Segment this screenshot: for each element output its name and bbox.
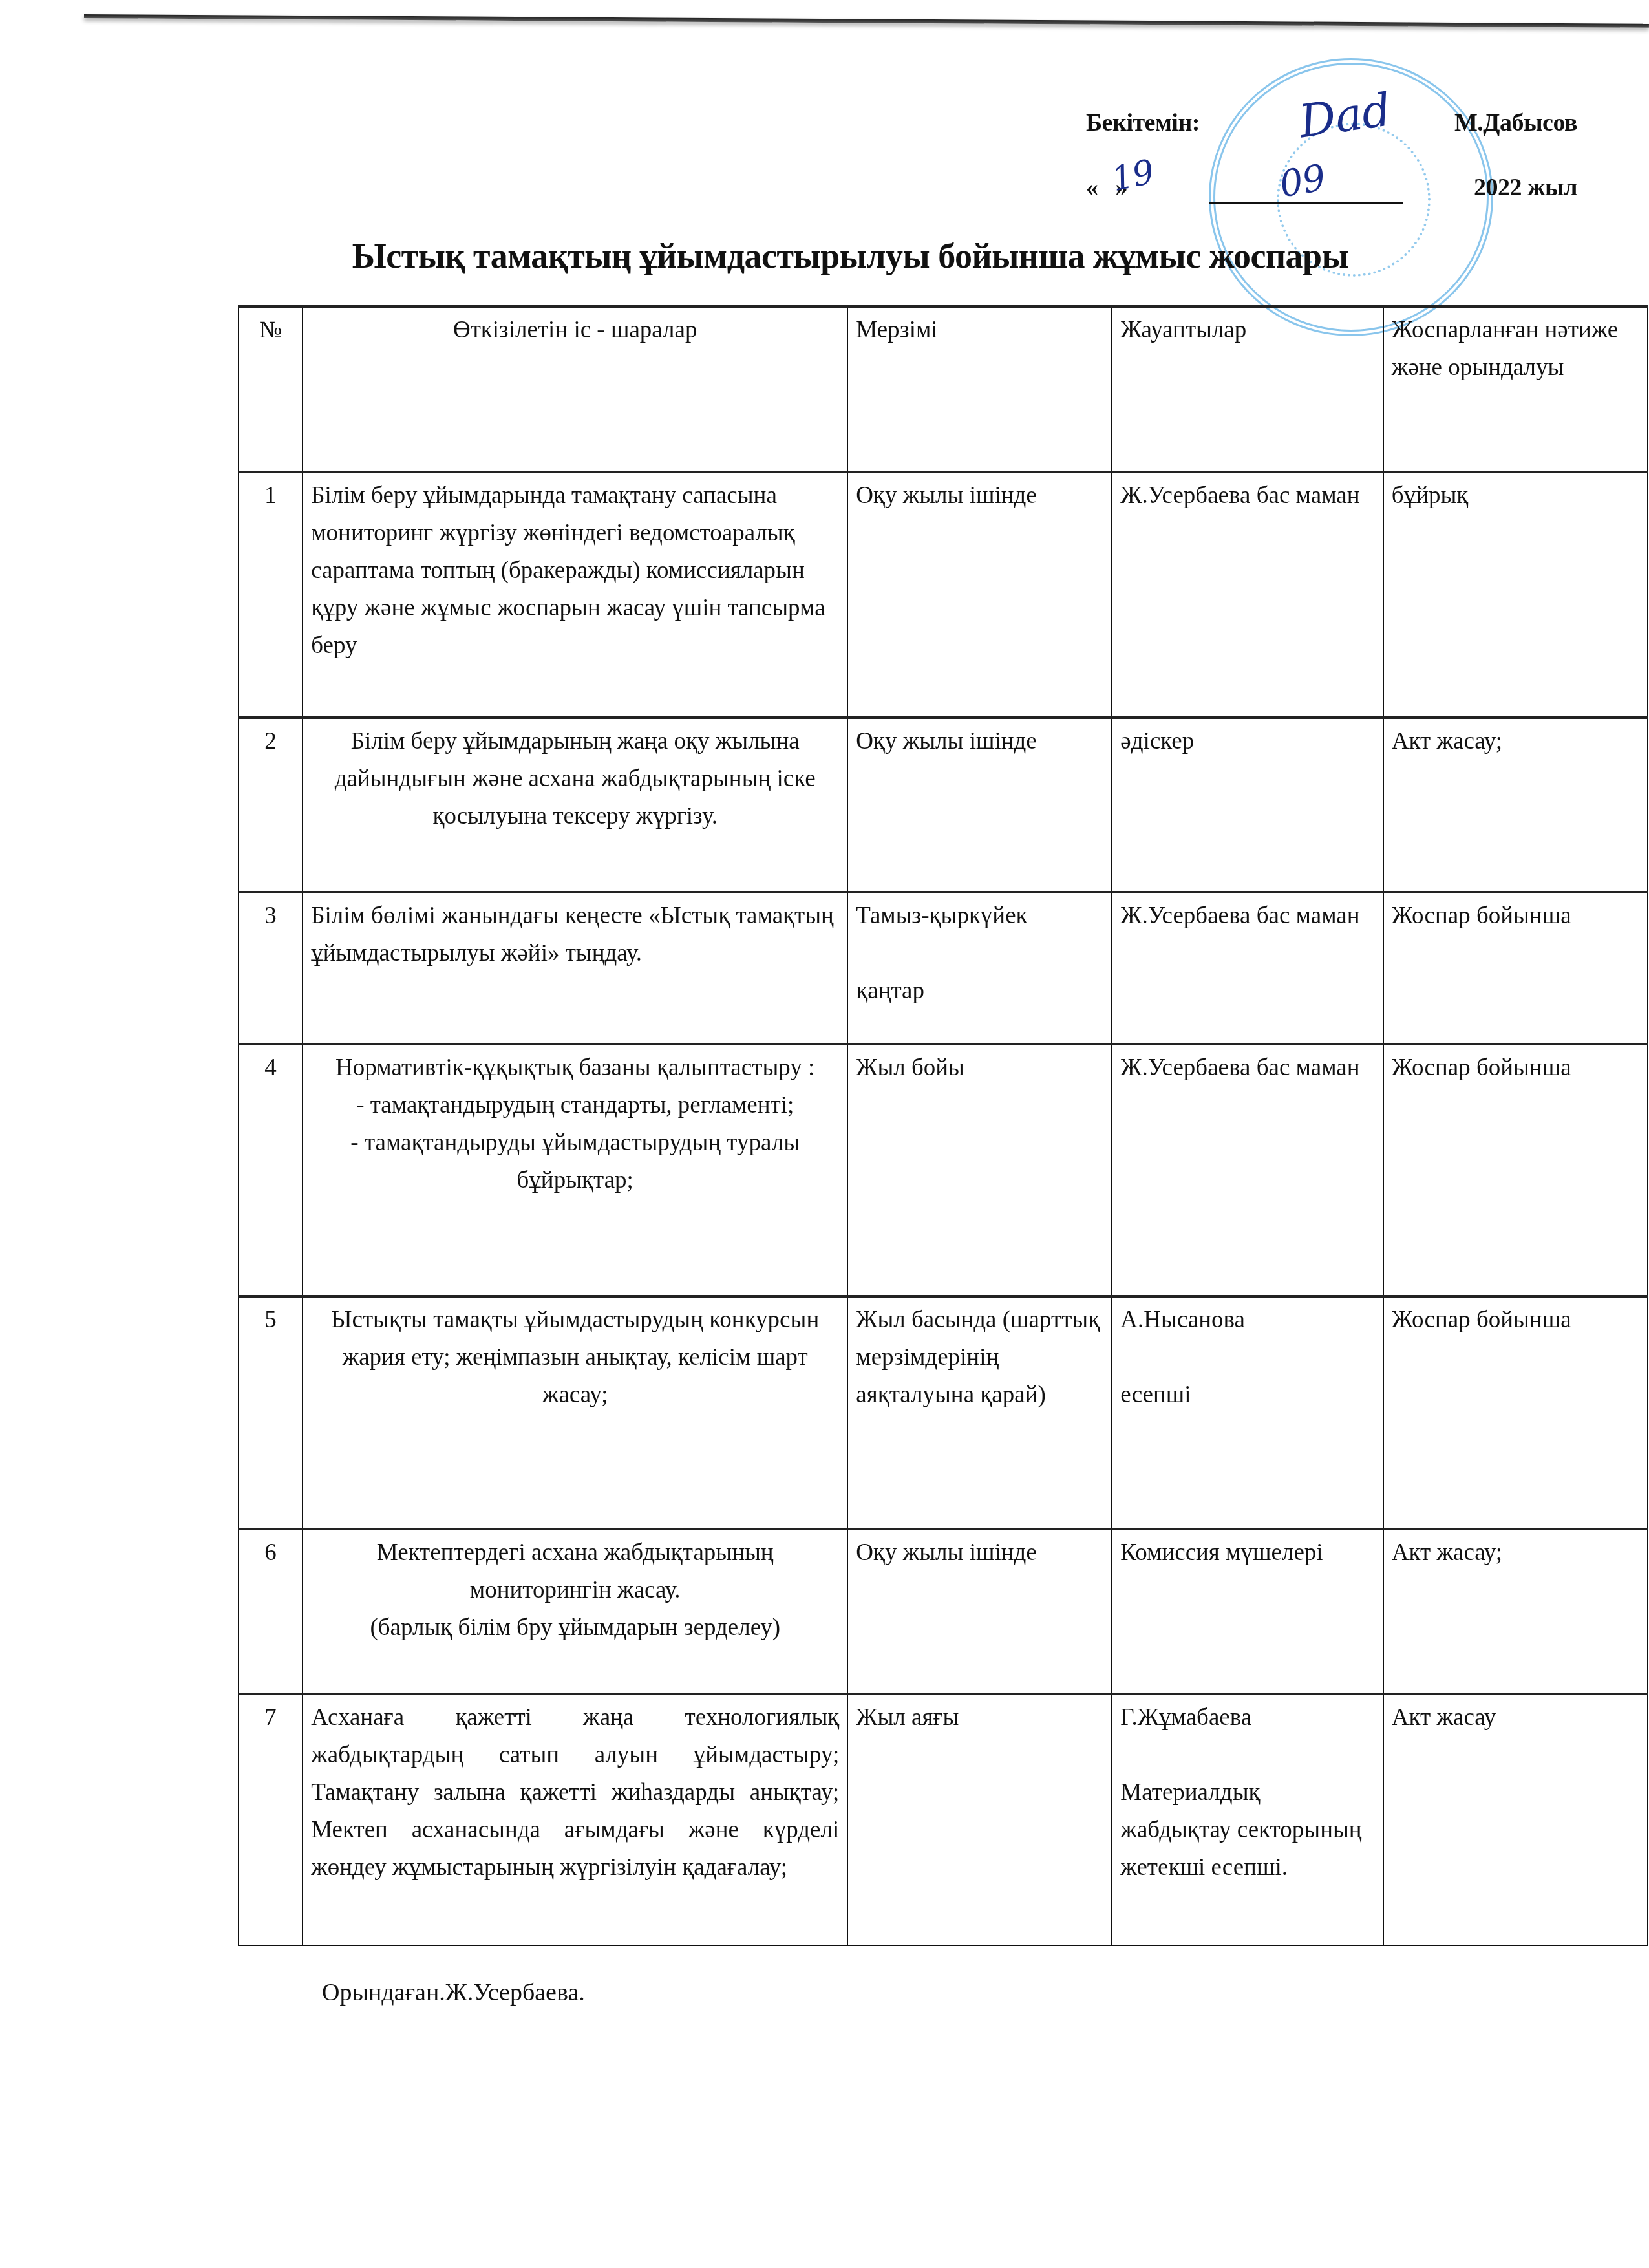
approver-name: М.Дабысов bbox=[1454, 109, 1577, 137]
row-responsible: Ж.Усербаева бас маман bbox=[1112, 472, 1383, 718]
row-term: Тамыз-қыркүйек қаңтар bbox=[847, 892, 1112, 1044]
table-row: 5Ыстықты тамақты ұйымдастырудың конкурсы… bbox=[239, 1296, 1648, 1529]
row-activity: Ыстықты тамақты ұйымдастырудың конкурсын… bbox=[303, 1296, 847, 1529]
row-responsible: Ж.Усербаева бас маман bbox=[1112, 1044, 1383, 1296]
row-activity: Білім беру ұйымдарында тамақтану сапасын… bbox=[303, 472, 847, 718]
row-term: Оқу жылы ішінде bbox=[847, 472, 1112, 718]
row-responsible: Г.Жұмабаева Материалдық жабдықтау сектор… bbox=[1112, 1694, 1383, 1945]
row-number: 1 bbox=[239, 472, 303, 718]
table-row: 4Нормативтік-құқықтық базаны қалыптастыр… bbox=[239, 1044, 1648, 1296]
table-row: 2Білім беру ұйымдарының жаңа оқу жылына … bbox=[239, 718, 1648, 892]
row-result: бұйрық bbox=[1383, 472, 1648, 718]
row-result: Акт жасау; bbox=[1383, 718, 1648, 892]
row-number: 7 bbox=[239, 1694, 303, 1945]
row-term: Жыл бойы bbox=[847, 1044, 1112, 1296]
prepared-by: Орындаған.Ж.Усербаева. bbox=[322, 1978, 585, 2007]
row-number: 6 bbox=[239, 1529, 303, 1694]
row-result: Жоспар бойынша bbox=[1383, 1044, 1648, 1296]
row-activity: Нормативтік-құқықтық базаны қалыптастыру… bbox=[303, 1044, 847, 1296]
header-number: № bbox=[239, 306, 303, 472]
row-responsible: А.Нысанова есепші bbox=[1112, 1296, 1383, 1529]
row-term: Оқу жылы ішінде bbox=[847, 718, 1112, 892]
row-responsible: әдіскер bbox=[1112, 718, 1383, 892]
header-result: Жоспарланған нәтиже және орындалуы bbox=[1383, 306, 1648, 472]
row-responsible: Ж.Усербаева бас маман bbox=[1112, 892, 1383, 1044]
row-activity: Мектептердегі асхана жабдықтарының монит… bbox=[303, 1529, 847, 1694]
table-header-row: № Өткізілетін іс - шаралар Мерзімі Жауап… bbox=[239, 306, 1648, 472]
row-number: 5 bbox=[239, 1296, 303, 1529]
row-result: Жоспар бойынша bbox=[1383, 892, 1648, 1044]
handwritten-day: 19 bbox=[1108, 153, 1157, 199]
handwritten-signature: Dad bbox=[1296, 83, 1394, 149]
approval-label: Бекітемін: bbox=[1086, 109, 1200, 137]
row-result: Жоспар бойынша bbox=[1383, 1296, 1648, 1529]
row-activity: Білім бөлімі жанындағы кеңесте «Ыстық та… bbox=[303, 892, 847, 1044]
scan-edge-shadow bbox=[84, 14, 1649, 28]
row-term: Оқу жылы ішінде bbox=[847, 1529, 1112, 1694]
row-term: Жыл аяғы bbox=[847, 1694, 1112, 1945]
row-activity: Асханаға қажетті жаңа технологиялық жабд… bbox=[303, 1694, 847, 1945]
handwritten-month: 09 bbox=[1277, 156, 1328, 206]
approval-year: 2022 жыл bbox=[1474, 173, 1577, 202]
row-result: Акт жасау bbox=[1383, 1694, 1648, 1945]
work-plan-table: № Өткізілетін іс - шаралар Мерзімі Жауап… bbox=[238, 305, 1648, 1946]
header-term: Мерзімі bbox=[847, 306, 1112, 472]
row-term: Жыл басында (шарттық мерзімдерінің аяқта… bbox=[847, 1296, 1112, 1529]
document-title: Ыстық тамақтың ұйымдастырылуы бойынша жұ… bbox=[0, 236, 1649, 276]
row-number: 2 bbox=[239, 718, 303, 892]
row-result: Акт жасау; bbox=[1383, 1529, 1648, 1694]
row-responsible: Комиссия мүшелері bbox=[1112, 1529, 1383, 1694]
row-number: 4 bbox=[239, 1044, 303, 1296]
header-activities: Өткізілетін іс - шаралар bbox=[303, 306, 847, 472]
table-row: 1Білім беру ұйымдарында тамақтану сапасы… bbox=[239, 472, 1648, 718]
table-row: 7Асханаға қажетті жаңа технологиялық жаб… bbox=[239, 1694, 1648, 1945]
row-activity: Білім беру ұйымдарының жаңа оқу жылына д… bbox=[303, 718, 847, 892]
row-number: 3 bbox=[239, 892, 303, 1044]
table-row: 3 Білім бөлімі жанындағы кеңесте «Ыстық … bbox=[239, 892, 1648, 1044]
header-responsible: Жауаптылар bbox=[1112, 306, 1383, 472]
table-row: 6Мектептердегі асхана жабдықтарының мони… bbox=[239, 1529, 1648, 1694]
